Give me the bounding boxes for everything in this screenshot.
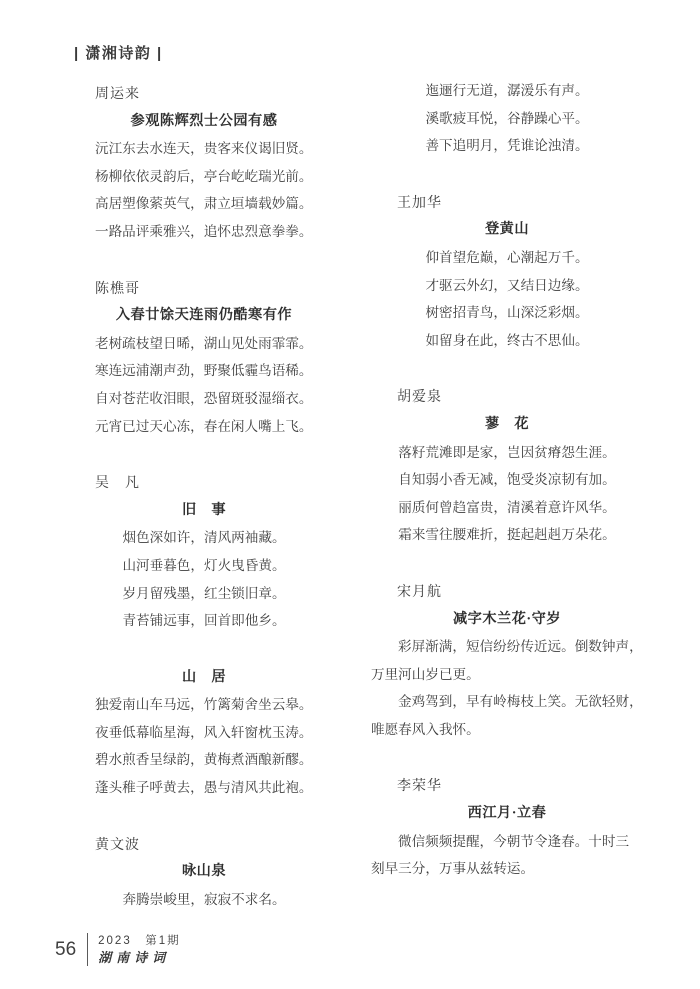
poem-line: 善下追明月，凭谁论浊清。 [371, 132, 643, 160]
poem-para-line: 刻早三分，万事从兹转运。 [371, 855, 643, 883]
poem-line: 杨柳依依灵韵后，亭台屹屹瑞光前。 [95, 163, 313, 191]
author-name: 王加华 [371, 189, 643, 217]
poem-line: 迤逦行无道，潺湲乐有声。 [371, 77, 643, 105]
page-footer: 56 2023 第1期 湖南诗词 [55, 933, 181, 966]
footer-divider [87, 933, 88, 966]
issue-label: 2023 第1期 [98, 934, 180, 949]
journal-page: | 潇湘诗韵 | 周运来参观陈辉烈士公园有感沅江东去水连天，贵客来仪谒旧贤。杨柳… [0, 0, 700, 989]
poem-line: 蓬头稚子呼黄去，愚与清风共此袍。 [95, 774, 313, 802]
poem-line: 霜来雪往腰难折，挺起赳赳万朵花。 [371, 521, 643, 549]
journal-name: 湖南诗词 [98, 949, 180, 966]
poem-line: 丽质何曾趋富贵，清溪着意许风华。 [371, 494, 643, 522]
poem-line: 落籽荒滩即是家，岂因贫瘠怨生涯。 [371, 439, 643, 467]
right-column: 迤逦行无道，潺湲乐有声。溪歌疲耳悦，谷静躁心平。善下追明月，凭谁论浊清。王加华登… [371, 77, 643, 883]
poem-line: 岁月留残墨，红尘锁旧章。 [95, 580, 313, 608]
author-name: 吴 凡 [95, 469, 313, 497]
poem-title: 参观陈辉烈士公园有感 [95, 108, 313, 136]
poem-line: 一路品评乘雅兴，追怀忠烈意拳拳。 [95, 218, 313, 246]
author-name: 陈樵哥 [95, 275, 313, 303]
poem-line: 沅江东去水连天，贵客来仪谒旧贤。 [95, 135, 313, 163]
poem-title: 减字木兰花·守岁 [371, 606, 643, 634]
poem-para-line: 万里河山岁已更。 [371, 661, 643, 689]
poem-line: 才驱云外幻，又结日边缘。 [371, 272, 643, 300]
poem-line: 碧水煎香呈绿韵，黄梅煮酒酿新醪。 [95, 746, 313, 774]
issue-block: 2023 第1期 湖南诗词 [98, 934, 180, 966]
poem-line: 自知弱小香无减，饱受炎凉韧有加。 [371, 466, 643, 494]
poem-line: 烟色深如许，清风两袖藏。 [95, 524, 313, 552]
poem-para-line: 金鸡驾到，早有岭梅枝上笑。无欲轻财， [371, 688, 643, 716]
poem-line: 自对苍茫收泪眼，恐留斑驳湿缁衣。 [95, 385, 313, 413]
page-number: 56 [55, 939, 76, 961]
poem-title: 登黄山 [371, 216, 643, 244]
poem-line: 溪歌疲耳悦，谷静躁心平。 [371, 105, 643, 133]
poem-title: 蓼 花 [371, 411, 643, 439]
poem-line: 老树疏枝望日晞，湖山见处雨霏霏。 [95, 330, 313, 358]
poem-line: 寒连远浦潮声劲，野聚低霾鸟语稀。 [95, 357, 313, 385]
author-name: 黄文波 [95, 831, 313, 859]
poem-line: 高居塑像萦英气，肃立垣墙载妙篇。 [95, 190, 313, 218]
poem-line: 仰首望危巅，心潮起万千。 [371, 244, 643, 272]
author-name: 周运来 [95, 80, 313, 108]
poem-para-line: 唯愿春风入我怀。 [371, 716, 643, 744]
poem-line: 青苔铺远事，回首即他乡。 [95, 607, 313, 635]
poem-line: 独爱南山车马远，竹篱菊舍坐云皋。 [95, 691, 313, 719]
poem-line: 树密招青鸟，山深泛彩烟。 [371, 299, 643, 327]
poem-line: 如留身在此，终古不思仙。 [371, 327, 643, 355]
author-name: 胡爱泉 [371, 383, 643, 411]
poem-line: 元宵已过天心冻，春在闲人嘴上飞。 [95, 413, 313, 441]
poem-line: 山河垂暮色，灯火曳昏黄。 [95, 552, 313, 580]
poem-line: 夜垂低幕临星海，风入轩窗枕玉涛。 [95, 719, 313, 747]
poem-title: 西江月·立春 [371, 800, 643, 828]
poem-title: 入春廿馀天连雨仍酷寒有作 [95, 302, 313, 330]
poem-title: 山 居 [95, 664, 313, 692]
poem-para-line: 彩屏渐满，短信纷纷传近远。倒数钟声， [371, 633, 643, 661]
poem-para-line: 微信频频提醒，今朝节令逢春。十时三 [371, 828, 643, 856]
author-name: 宋月航 [371, 578, 643, 606]
poem-title: 旧 事 [95, 497, 313, 525]
left-column: 周运来参观陈辉烈士公园有感沅江东去水连天，贵客来仪谒旧贤。杨柳依依灵韵后，亭台屹… [95, 80, 313, 913]
section-header: | 潇湘诗韵 | [74, 42, 163, 63]
author-name: 李荣华 [371, 772, 643, 800]
poem-line: 奔腾崇峻里，寂寂不求名。 [95, 886, 313, 914]
poem-title: 咏山泉 [95, 858, 313, 886]
